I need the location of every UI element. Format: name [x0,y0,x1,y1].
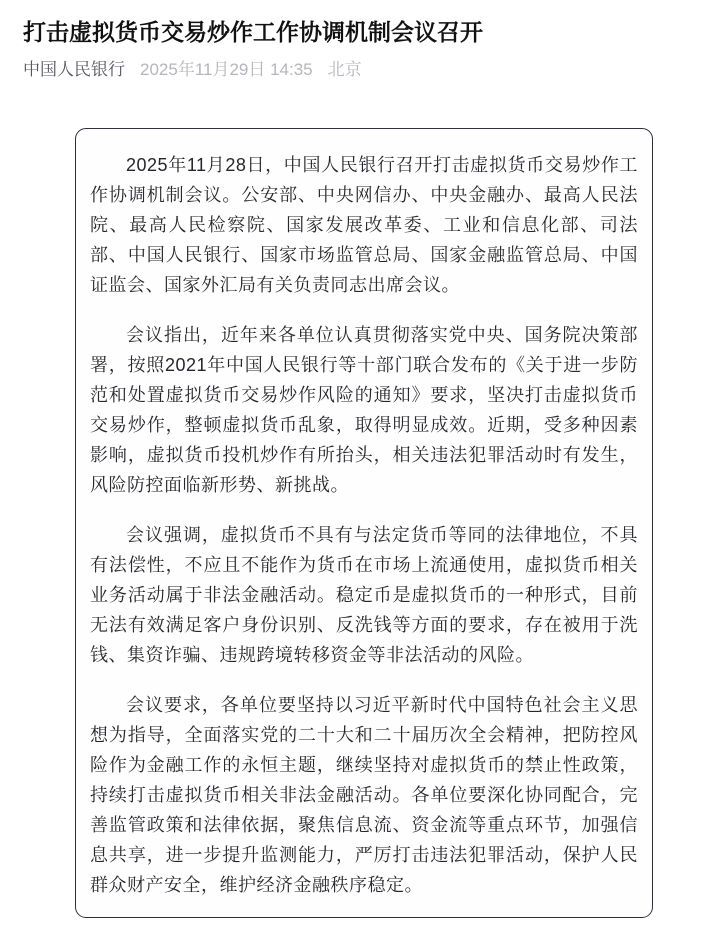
paragraph-3: 会议强调，虚拟货币不具有与法定货币等同的法律地位，不具有法偿性，不应且不能作为货… [90,520,638,670]
publish-datetime: 2025年11月29日 14:35 [140,59,313,81]
paragraph-2: 会议指出，近年来各单位认真贯彻落实党中央、国务院决策部署，按照2021年中国人民… [90,320,638,500]
paragraph-4: 会议要求，各单位要坚持以习近平新时代中国特色社会主义思想为指导，全面落实党的二十… [90,690,638,900]
article-page: 打击虚拟货币交易炒作工作协调机制会议召开 中国人民银行 2025年11月29日 … [0,0,726,927]
publish-location: 北京 [328,59,362,81]
byline: 中国人民银行 2025年11月29日 14:35 北京 [23,59,362,81]
article-body-box: 2025年11月28日，中国人民银行召开打击虚拟货币交易炒作工作协调机制会议。公… [75,128,653,918]
article-title: 打击虚拟货币交易炒作工作协调机制会议召开 [23,17,703,47]
paragraph-1: 2025年11月28日，中国人民银行召开打击虚拟货币交易炒作工作协调机制会议。公… [90,150,638,300]
source-name[interactable]: 中国人民银行 [23,59,125,81]
